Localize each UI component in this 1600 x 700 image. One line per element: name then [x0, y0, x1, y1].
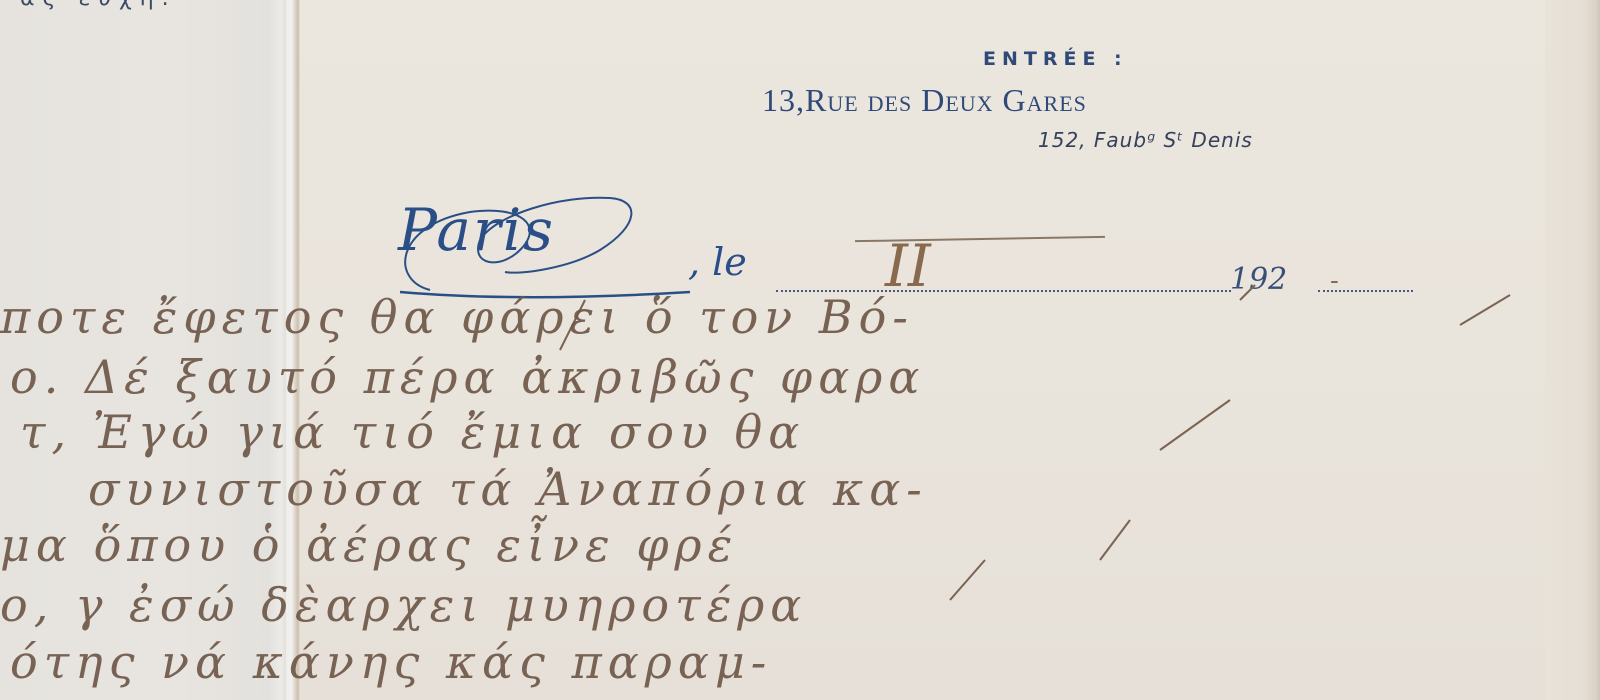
handwritten-line-6: ο, γ ἐσώ δὲαρχει μυηροτέρα [0, 578, 807, 632]
street-address: 13,Rue des Deux Gares [762, 82, 1087, 119]
handwritten-line-5: μα ὅπου ὁ ἀέρας εἶνε φρέ [0, 518, 738, 572]
handwritten-line-2: ο. Δέ ξαυτό πέρα ἀκριβῶς φαρα [10, 350, 925, 404]
dateline-place: Paris [398, 196, 555, 264]
dateline-le: , le [688, 240, 747, 284]
previous-page-text-fragment: ας ευχη. [20, 0, 177, 11]
entree-label: ENTRÉE : [983, 48, 1128, 70]
handwritten-line-1: ποτε ἔφετος θα φάρει ὅ τον Βό- [0, 290, 914, 344]
handwritten-line-3: τ, Ἐγώ γιά τιό ἔμια σου θα [20, 405, 805, 459]
year-suffix: - [1330, 266, 1339, 296]
faubourg-address: 152, Faubᵍ Sᵗ Denis [1038, 128, 1253, 152]
handwritten-line-4: συνιστοῦσα τά Ἀναπόρια κα- [88, 462, 928, 516]
page-edge [1545, 0, 1600, 700]
handwritten-line-7: ότης νά κάνης κάς παραμ- [10, 635, 772, 689]
year-prefix: 192 [1230, 262, 1287, 297]
